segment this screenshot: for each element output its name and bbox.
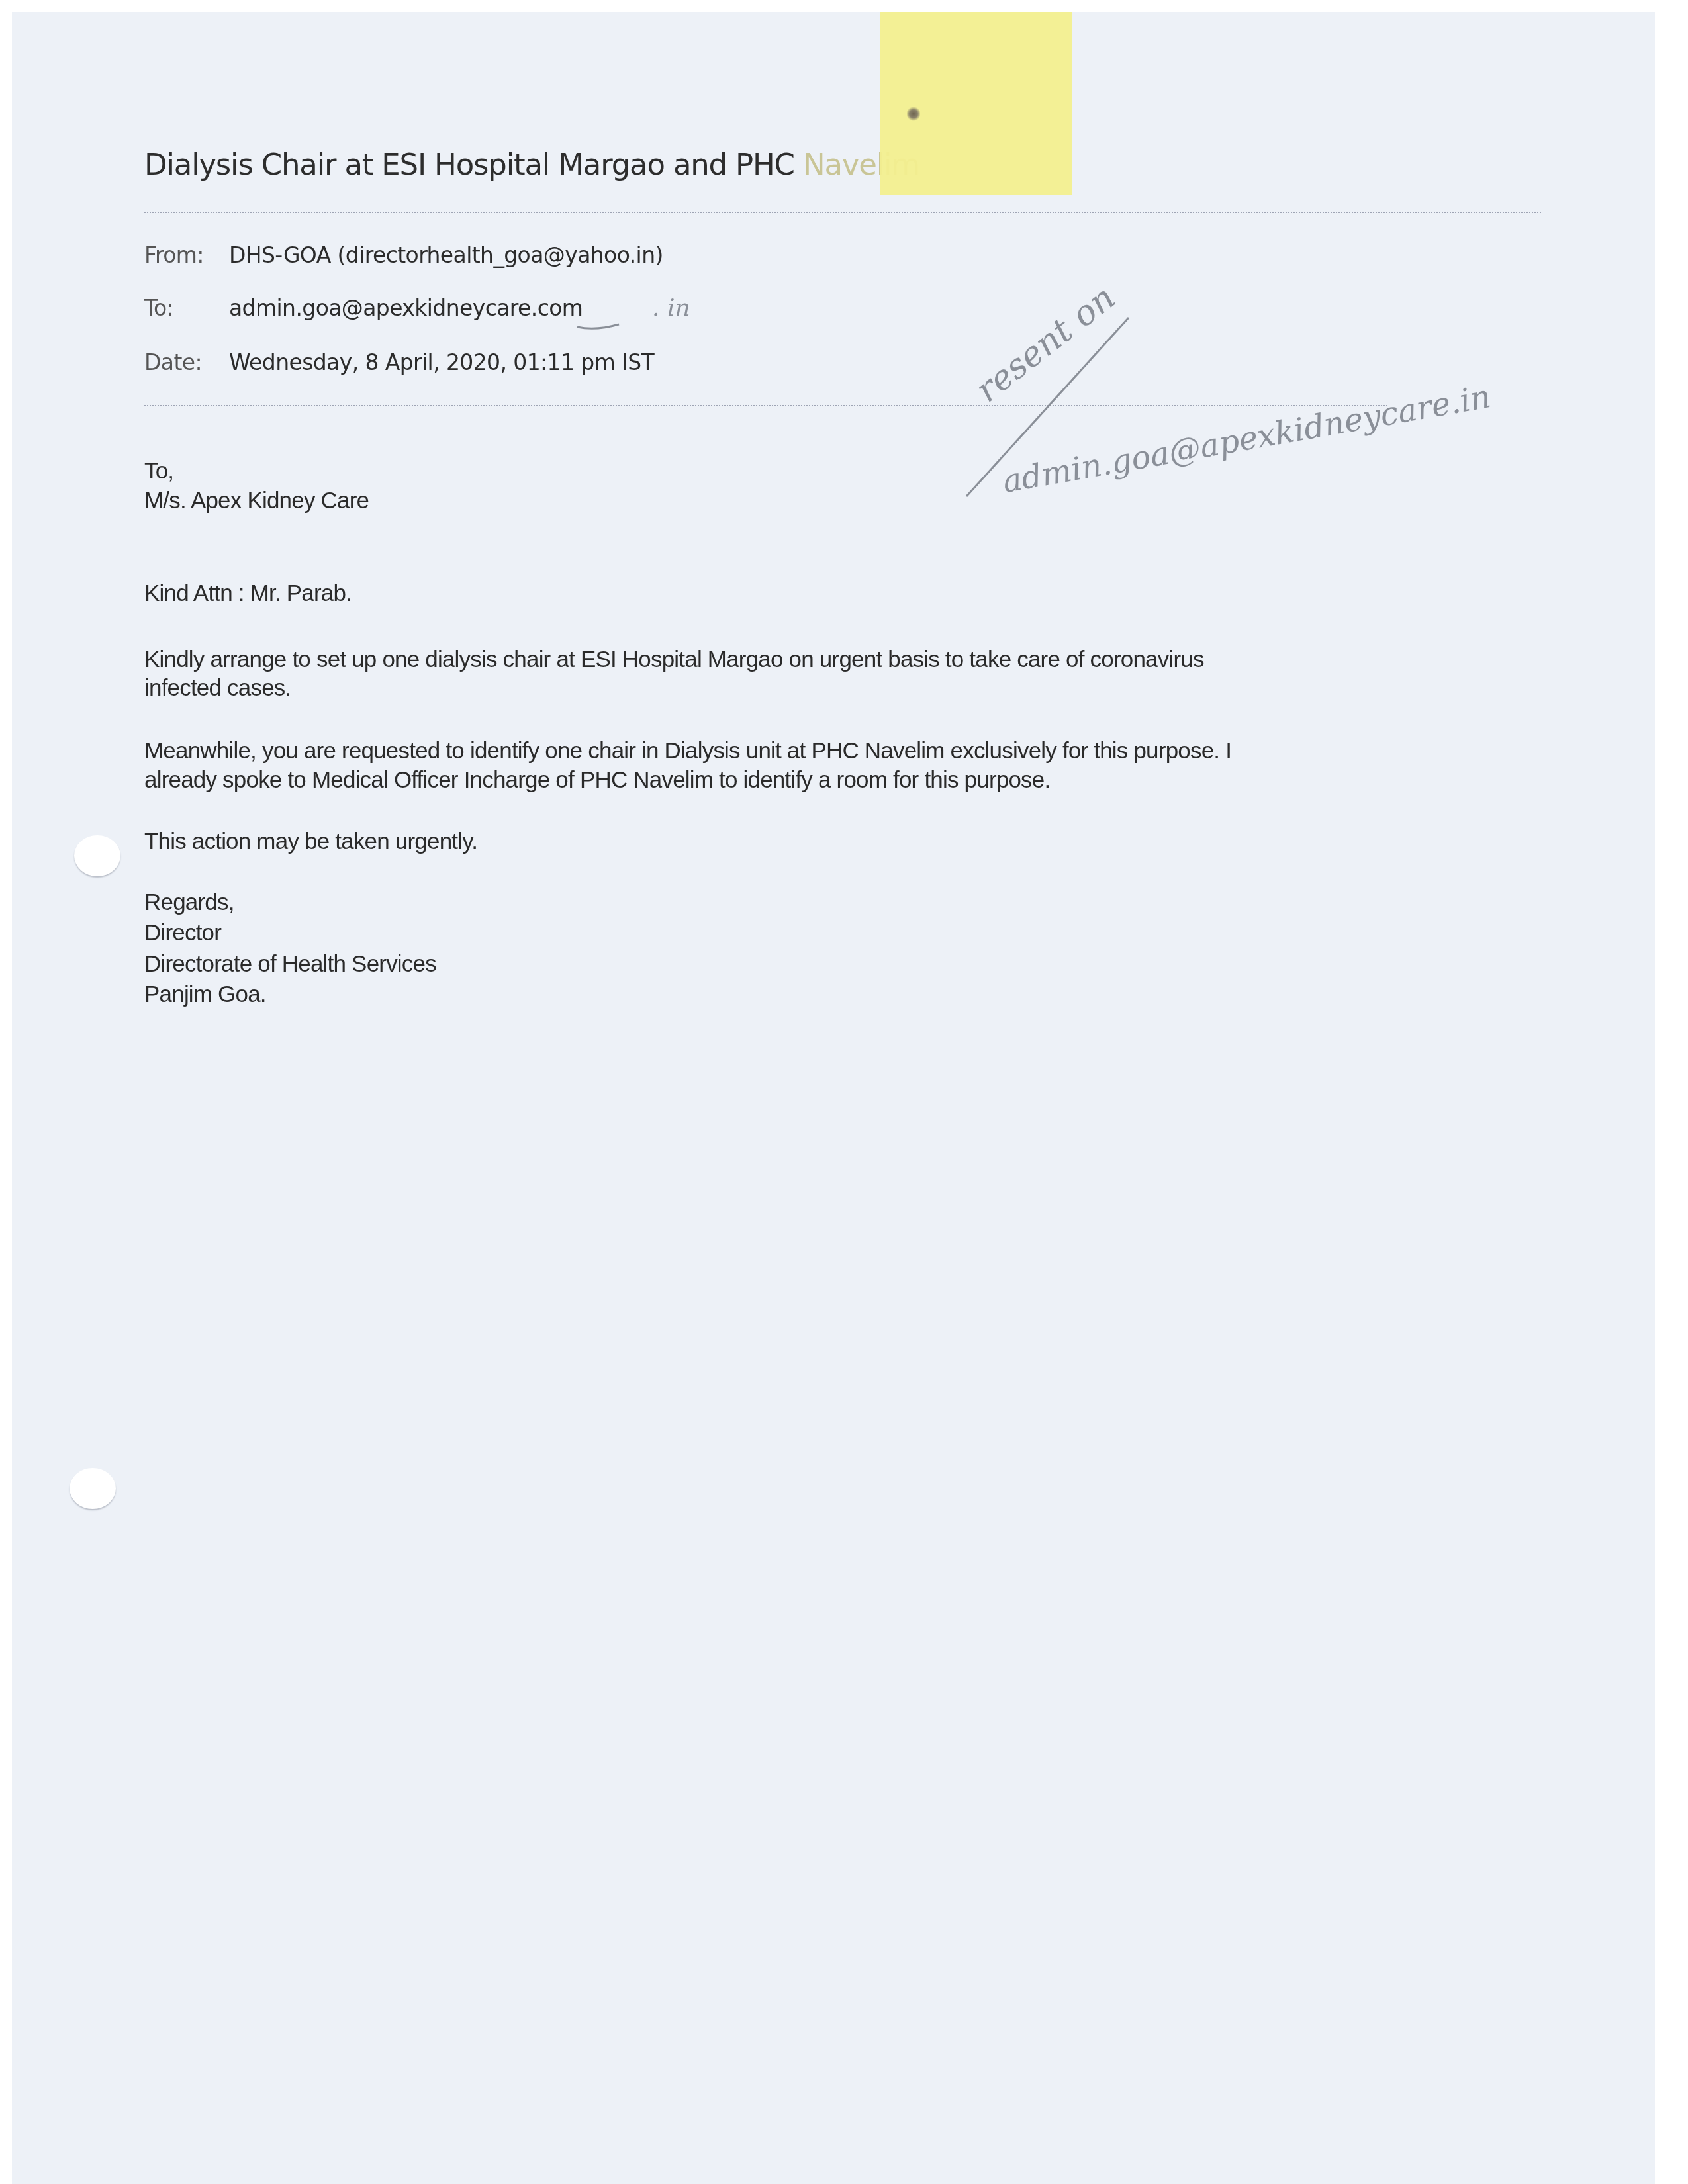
punch-hole [74, 835, 120, 876]
paragraph-3: This action may be taken urgently. [144, 827, 477, 856]
signature-title: Director [144, 919, 221, 948]
attention-line: Kind Attn : Mr. Parab. [144, 579, 352, 608]
handwritten-to-correction: . in [652, 295, 690, 322]
paragraph-2-line-1: Meanwhile, you are requested to identify… [144, 737, 1231, 766]
paragraph-2-line-2: already spoke to Medical Officer Incharg… [144, 766, 1050, 795]
paragraph-1-line-1: Kindly arrange to set up one dialysis ch… [144, 645, 1204, 674]
punch-hole [70, 1468, 116, 1509]
closing: Regards, [144, 888, 234, 917]
signature-org: Directorate of Health Services [144, 950, 436, 979]
signature-place: Panjim Goa. [144, 980, 266, 1009]
recipient: M/s. Apex Kidney Care [144, 486, 369, 516]
salutation: To, [144, 457, 173, 486]
paragraph-1-line-2: infected cases. [144, 674, 291, 703]
